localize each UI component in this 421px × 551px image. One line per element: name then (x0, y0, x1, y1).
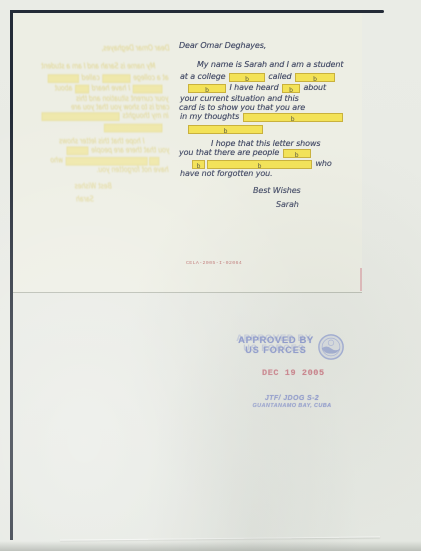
letter-line: bb who (191, 159, 332, 169)
redaction-box: b (282, 84, 300, 93)
handwritten-text: I have heard (90, 84, 132, 93)
letter-line: your current situation and this (180, 94, 299, 103)
redaction-box: b (102, 74, 130, 83)
letter-line: b (103, 123, 163, 133)
letter-line: you that there are people b (179, 148, 312, 158)
letter-line: bb who (50, 156, 160, 166)
redaction-box: b (295, 73, 335, 82)
paper-bottom-edge (0, 541, 421, 551)
handwritten-text: about (301, 83, 326, 92)
handwritten-text: Dear Omar Deghayes, (179, 41, 266, 50)
handwritten-letter: Dear Omar Deghayes,My name is Sarah and … (177, 40, 372, 220)
redaction-exemption-mark: b (205, 87, 209, 94)
handwriting-bleedthrough: Dear Omar Deghayes,My name is Sarah and … (19, 43, 171, 214)
handwritten-text: you that there are people (89, 146, 169, 155)
letter-line: have not forgotten you. (180, 169, 273, 178)
approved-by-us-forces-stamp: APPROVED BY US FORCES (228, 336, 324, 355)
handwritten-text: Sarah (276, 200, 299, 209)
jtf-jdog-stamp: JTF/ JDOG S-2 GUANTANAMO BAY, CUBA (240, 395, 344, 410)
letter-line: Sarah (276, 200, 299, 209)
handwritten-text: I hope that this letter shows (59, 137, 144, 146)
letter-line: My name is Sarah and I am a student (197, 60, 343, 69)
jtf-stamp-line2: GUANTANAMO BAY, CUBA (240, 403, 344, 410)
us-forces-seal-icon (317, 333, 345, 361)
handwritten-text: at a college (180, 72, 228, 81)
letter-card: Dear Omar Deghayes,My name is Sarah and … (13, 13, 362, 293)
letter-line: card is to show you that you are (71, 103, 169, 112)
letter-line: in my thoughts b (180, 112, 344, 122)
approved-stamp-line2: US FORCES (228, 346, 324, 355)
handwritten-text: card is to show you that you are (179, 103, 305, 112)
letter-line: My name is Sarah and I am a student (41, 62, 155, 71)
handwritten-text: My name is Sarah and I am a student (41, 62, 155, 71)
letter-line: at a college b called b (180, 72, 336, 82)
letter-line: your current situation and this (76, 94, 169, 103)
letter-line: you that there are people b (66, 146, 169, 156)
handwritten-text: My name is Sarah and I am a student (197, 60, 343, 69)
redaction-box: b (207, 160, 312, 169)
letter-line: Sarah (76, 195, 94, 204)
redaction-box: b (48, 74, 79, 83)
bates-number: CELA-2005-I-02064 (186, 260, 242, 265)
redaction-box: b (229, 73, 265, 82)
redaction-box: b (188, 125, 263, 134)
redaction-box: b (243, 113, 343, 122)
handwritten-text: called (80, 73, 102, 82)
redaction-box: b (66, 157, 148, 166)
handwritten-text: you that there are people (179, 148, 282, 157)
letter-line: Dear Omar Deghayes, (101, 44, 169, 53)
handwritten-text: who (50, 156, 65, 165)
letter-line: I hope that this letter shows (59, 137, 144, 146)
letter-line: Dear Omar Deghayes, (179, 41, 266, 50)
handwritten-text: at a college (131, 73, 168, 82)
letter-line: Best Wishes (75, 182, 112, 191)
handwritten-text: Dear Omar Deghayes, (101, 44, 169, 53)
letter-line: b (187, 124, 264, 134)
handwritten-text: in my thoughts (121, 111, 169, 120)
scanned-document-page: Dear Omar Deghayes,My name is Sarah and … (0, 0, 421, 551)
handwritten-text: have not forgotten you. (96, 166, 168, 175)
redaction-box: b (75, 85, 89, 94)
letter-line: Best Wishes (253, 186, 301, 195)
letter-line: b I have heard b about (187, 83, 326, 93)
handwritten-text: Best Wishes (253, 186, 301, 195)
date-received-stamp: DEC 19 2005 (262, 368, 325, 378)
letter-line: at a college b called b (47, 73, 169, 83)
handwritten-text: I hope that this letter shows (211, 139, 320, 148)
redaction-box: b (67, 147, 89, 156)
handwritten-text: in my thoughts (180, 112, 242, 121)
redaction-box: b (188, 84, 226, 93)
card-edge-mark (360, 268, 362, 291)
redaction-exemption-mark: b (295, 152, 299, 159)
redaction-exemption-mark: b (224, 128, 228, 135)
handwritten-text: your current situation and this (180, 94, 299, 103)
letter-line: I hope that this letter shows (211, 139, 320, 148)
handwritten-text: about (55, 84, 75, 93)
redaction-exemption-mark: b (289, 87, 293, 94)
redaction-box: b (42, 112, 120, 121)
handwritten-text: your current situation and this (76, 94, 169, 103)
redaction-box: b (104, 124, 163, 133)
redaction-exemption-mark: b (291, 116, 295, 123)
jtf-stamp-line1: JTF/ JDOG S-2 (240, 395, 344, 403)
handwritten-text: card is to show you that you are (71, 103, 169, 112)
letter-line: in my thoughts b (41, 111, 169, 121)
letter-line: b I have heard b about (55, 84, 163, 94)
redaction-exemption-mark: b (313, 76, 317, 83)
handwritten-text: Sarah (76, 195, 94, 204)
redaction-exemption-mark: b (245, 76, 249, 83)
handwritten-text: I have heard (227, 83, 281, 92)
handwritten-text: Best Wishes (75, 182, 112, 191)
handwritten-text: who (313, 159, 332, 168)
letter-line: card is to show you that you are (179, 103, 305, 112)
redaction-box: b (283, 149, 311, 158)
handwritten-text: have not forgotten you. (180, 169, 273, 178)
handwritten-text: called (266, 72, 294, 81)
letter-line: have not forgotten you. (96, 166, 168, 175)
redaction-box: b (149, 157, 159, 166)
redaction-box: b (133, 85, 163, 94)
redaction-box: b (192, 160, 205, 169)
